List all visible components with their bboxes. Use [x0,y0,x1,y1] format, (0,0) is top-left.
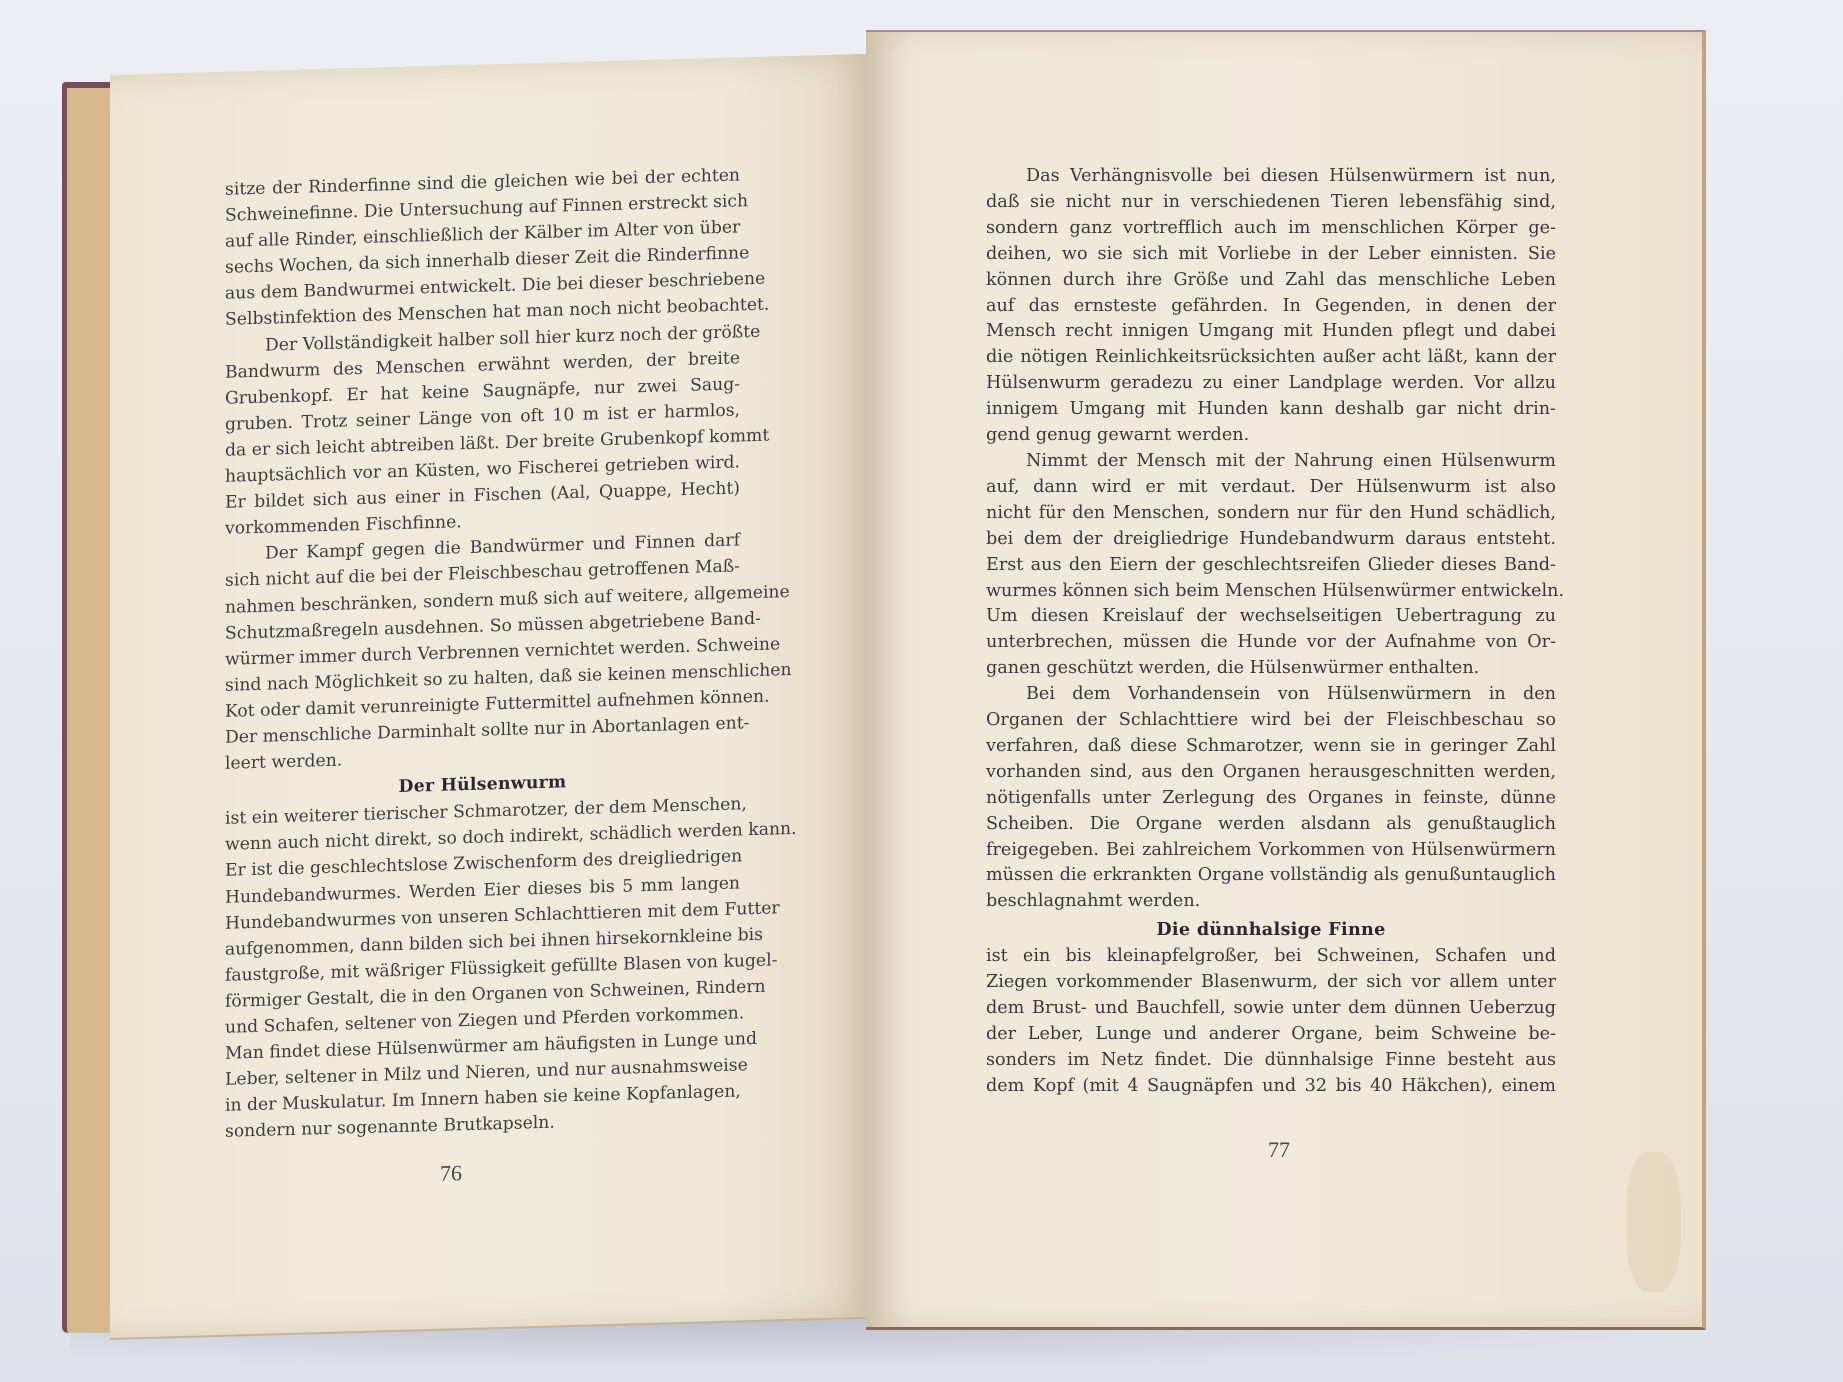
right-page-text: Das Verhängnisvolle bei diesen Hülsenwür… [986,164,1556,1100]
section-heading: Die dünnhalsige Finne [986,917,1556,943]
text-line: Nimmt der Mensch mit der Nahrung einen H… [986,449,1556,475]
text-line: freigegeben. Bei zahlreichem Vorkommen v… [986,838,1556,864]
text-line: dem Kopf (mit 4 Saugnäpfen und 32 bis 40… [986,1074,1556,1100]
right-page: Das Verhängnisvolle bei diesen Hülsenwür… [866,30,1706,1330]
paper-stain [1626,1152,1681,1292]
text-line: ganen geschützt werden, die Hülsenwürmer… [986,656,1556,682]
text-line: vorhanden sind, aus den Organen herausge… [986,760,1556,786]
text-line: Bei dem Vorhandensein von Hülsenwürmern … [986,682,1556,708]
text-line: gend genug gewarnt werden. [986,423,1556,449]
text-line: nicht für den Menschen, sondern nur für … [986,501,1556,527]
text-line: müssen die erkrankten Organe vollständig… [986,863,1556,889]
text-line: Das Verhängnisvolle bei diesen Hülsenwür… [986,164,1556,190]
page-number-left: 76 [440,1160,462,1187]
text-line: können durch ihre Größe und Zahl das men… [986,268,1556,294]
text-line: wurmes können sich beim Menschen Hülsenw… [986,579,1556,605]
text-line: bei dem der dreigliedrige Hundebandwurm … [986,527,1556,553]
page-number-right: 77 [1268,1137,1290,1163]
text-line: daß sie nicht nur in verschiedenen Tiere… [986,190,1556,216]
text-line: innigem Umgang mit Hunden kann deshalb g… [986,397,1556,423]
text-line: deihen, wo sie sich mit Vorliebe in der … [986,242,1556,268]
text-line: Scheiben. Die Organe werden alsdann als … [986,812,1556,838]
text-line: der Leber, Lunge und anderer Organe, bei… [986,1022,1556,1048]
left-page-text: sitze der Rinderfinne sind die gleichen … [225,162,740,1145]
text-line: nötigenfalls unter Zerlegung des Organes… [986,786,1556,812]
text-line: auf das ernsteste gefährden. In Gegenden… [986,294,1556,320]
text-line: auf, dann wird er mit verdaut. Der Hülse… [986,475,1556,501]
text-line: sonders im Netz findet. Die dünnhalsige … [986,1048,1556,1074]
text-line: sondern ganz vortrefflich auch im mensch… [986,216,1556,242]
text-line: ist ein bis kleinapfelgroßer, bei Schwei… [986,944,1556,970]
text-line: verfahren, daß diese Schmarotzer, wenn s… [986,734,1556,760]
text-line: Um diesen Kreislauf der wechselseitigen … [986,604,1556,630]
text-line: dem Brust- und Bauchfell, sowie unter de… [986,996,1556,1022]
text-line: Hülsenwurm geradezu zu einer Landplage w… [986,371,1556,397]
text-line: Erst aus den Eiern der geschlechtsreifen… [986,553,1556,579]
text-line: beschlagnahmt werden. [986,889,1556,915]
text-line: die nötigen Reinlichkeitsrücksichten auß… [986,345,1556,371]
text-line: Organen der Schlachttiere wird bei der F… [986,708,1556,734]
text-line: Ziegen vorkommender Blasenwurm, der sich… [986,970,1556,996]
text-line: Mensch recht innigen Umgang mit Hunden p… [986,319,1556,345]
text-line: unterbrechen, müssen die Hunde vor der A… [986,630,1556,656]
left-page: sitze der Rinderfinne sind die gleichen … [110,54,870,1340]
